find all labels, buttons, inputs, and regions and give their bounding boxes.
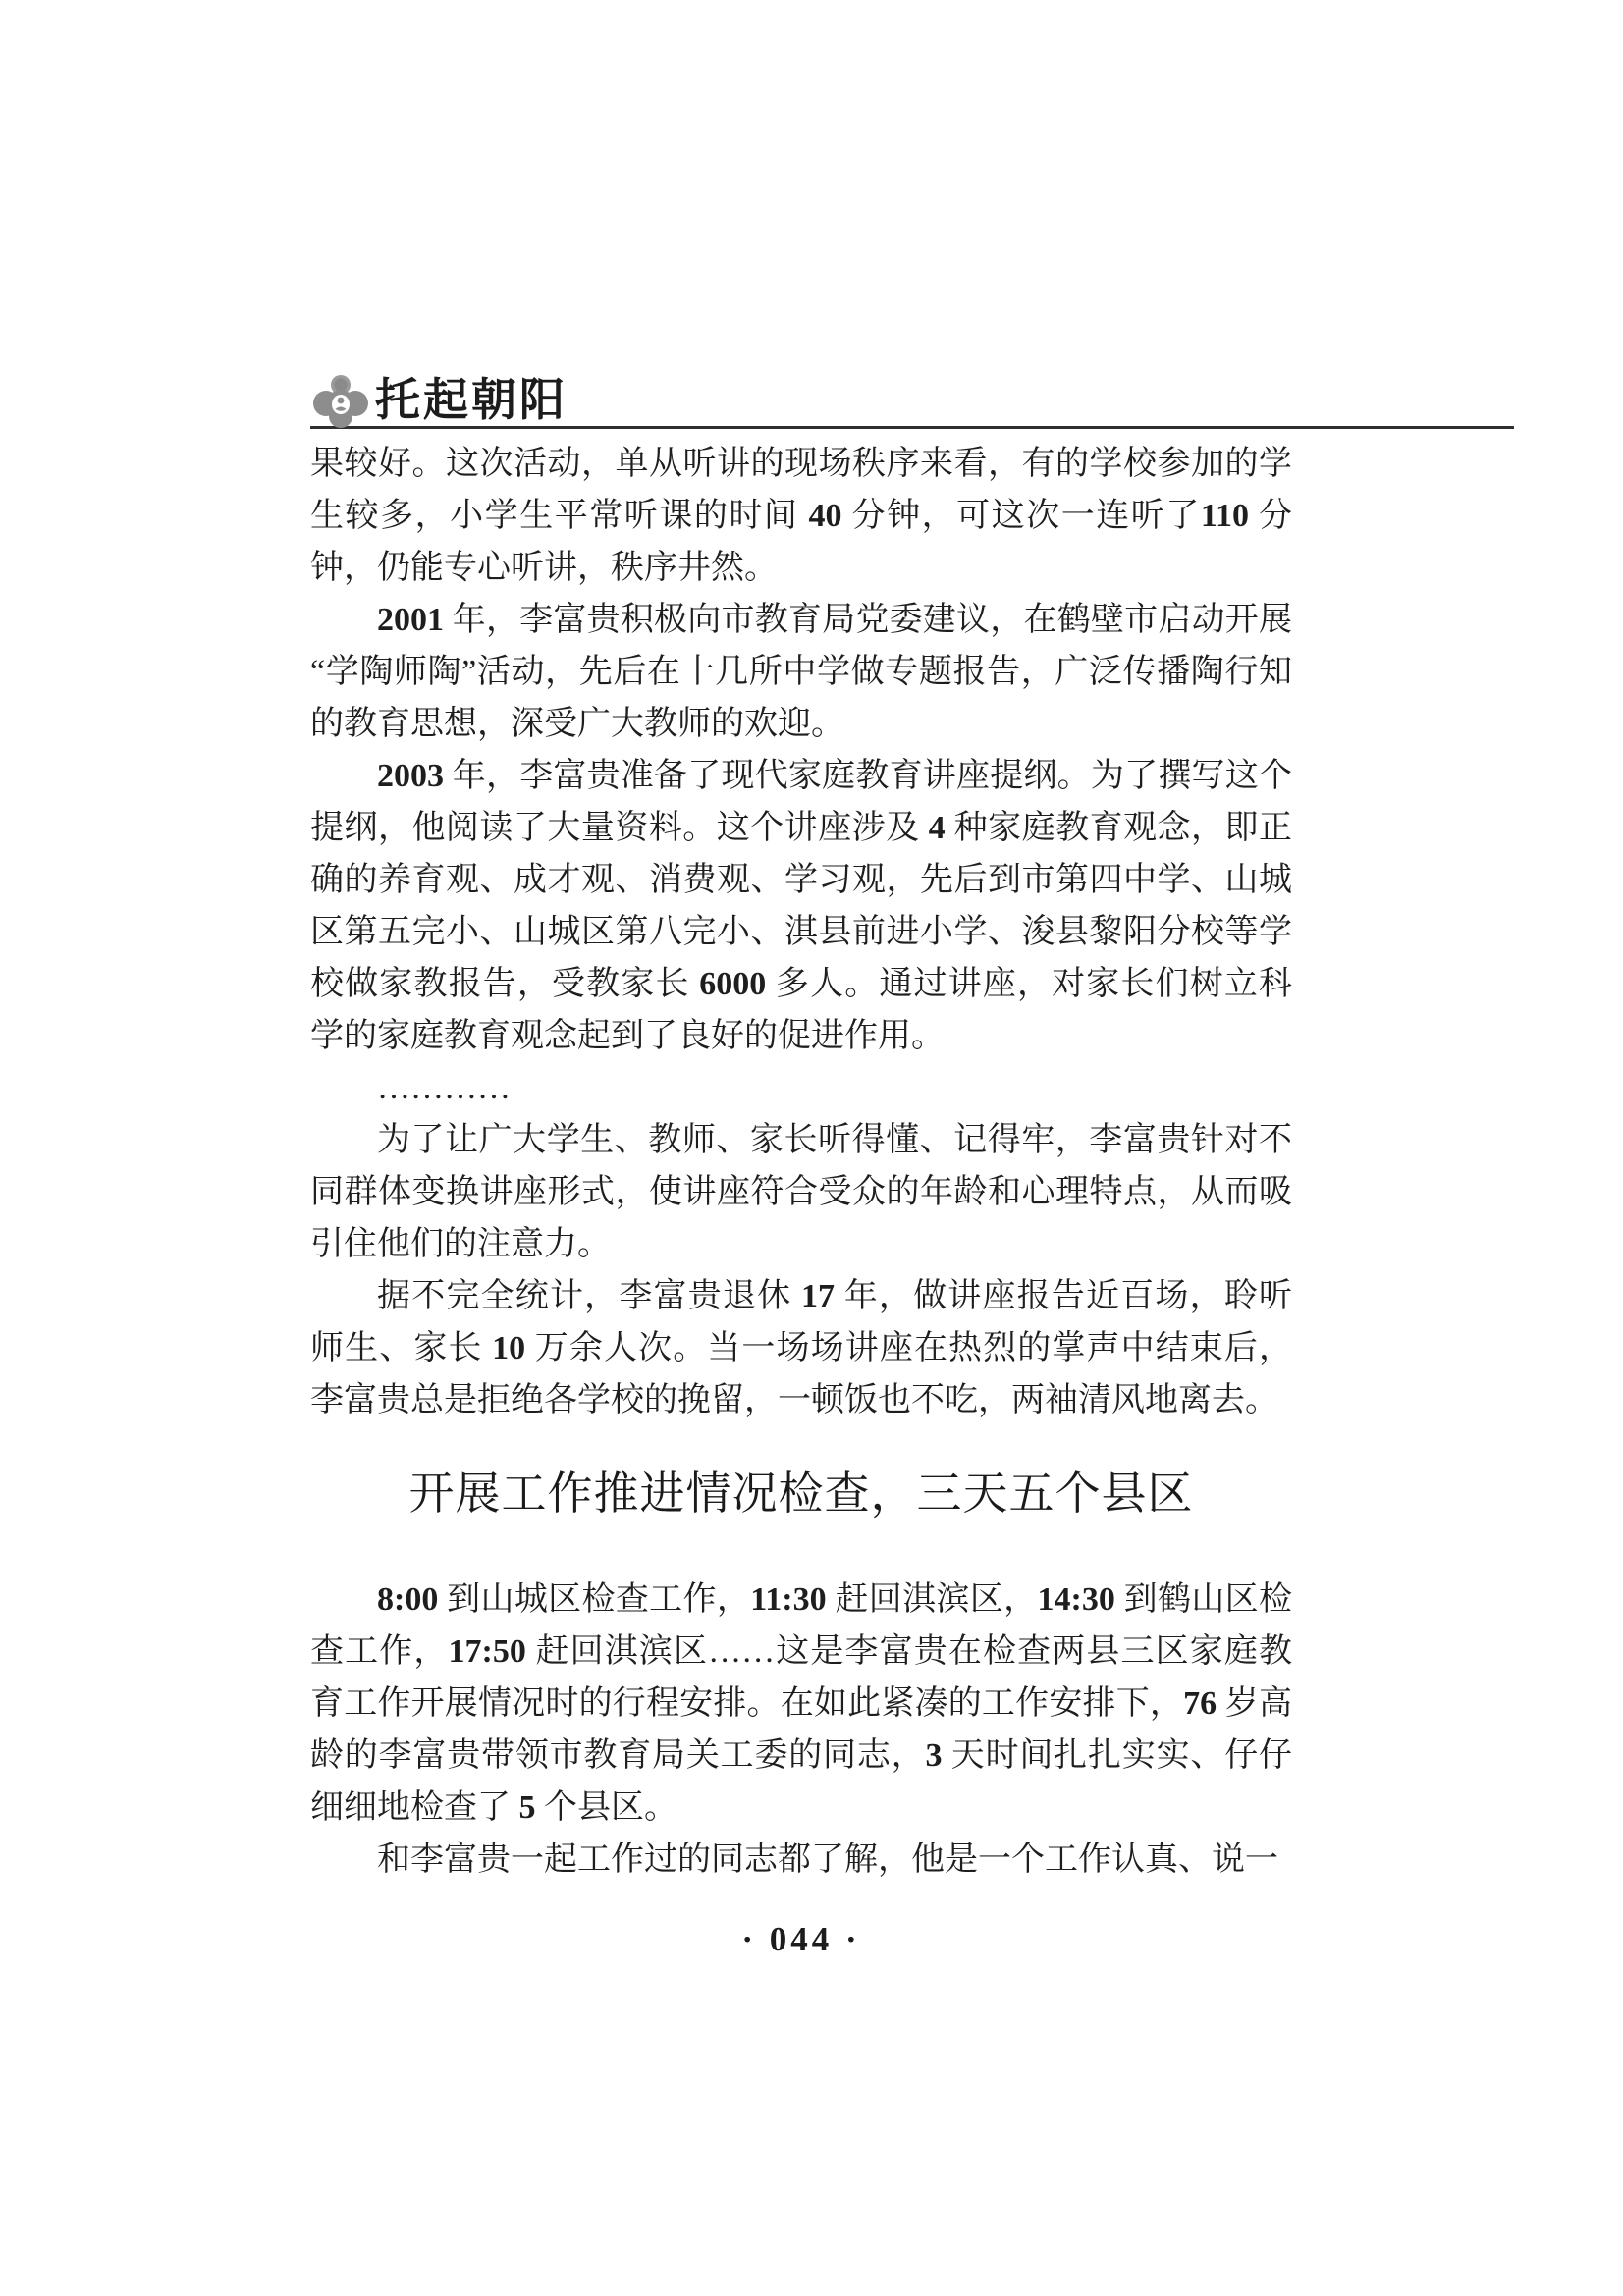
text-run: 为了让广大学生、教师、家长听得懂、记得牢，李富贵针对不同群体变换讲座形式，使讲座… [310, 1122, 1292, 1262]
book-page: 托起朝阳 果较好。这次活动，单从听讲的现场秩序来看，有的学校参加的学生较多，小学… [0, 0, 1623, 2296]
header-title: 托起朝阳 [371, 378, 568, 426]
paragraph: 2001 年，李富贵积极向市教育局党委建议，在鹤壁市启动开展“学陶师陶”活动，先… [310, 594, 1292, 750]
page-header: 托起朝阳 [310, 371, 1514, 429]
numeral: 4 [929, 810, 946, 846]
numeral: 40 [809, 498, 842, 534]
text-run: 年，李富贵积极向市教育局党委建议，在鹤壁市启动开展“学陶师陶”活动，先后在十几所… [310, 602, 1292, 742]
numeral: 17:50 [449, 1633, 526, 1670]
numeral: 110 [1201, 498, 1249, 534]
numeral: 8:00 [377, 1581, 438, 1618]
paragraphs-after-heading: 8:00 到山城区检查工作，11:30 赶回淇滨区，14:30 到鹤山区检查工作… [310, 1574, 1292, 1886]
paragraph: 8:00 到山城区检查工作，11:30 赶回淇滨区，14:30 到鹤山区检查工作… [310, 1574, 1292, 1834]
section-heading: 开展工作推进情况检查，三天五个县区 [310, 1464, 1292, 1524]
numeral: 17 [801, 1278, 835, 1314]
numeral: 11:30 [750, 1581, 826, 1618]
paragraph: 为了让广大学生、教师、家长听得懂、记得牢，李富贵针对不同群体变换讲座形式，使讲座… [310, 1114, 1292, 1270]
numeral: 2001 [377, 602, 444, 638]
page-body: 果较好。这次活动，单从听讲的现场秩序来看，有的学校参加的学生较多，小学生平常听课… [310, 438, 1292, 1886]
paragraph: 2003 年，李富贵准备了现代家庭教育讲座提纲。为了撰写这个提纲，他阅读了大量资… [310, 750, 1292, 1062]
numeral: 5 [519, 1789, 536, 1826]
text-run: 据不完全统计，李富贵退休 [377, 1278, 801, 1314]
numeral: 6000 [699, 966, 766, 1002]
numeral: 14:30 [1038, 1581, 1115, 1618]
paragraph: 和李富贵一起工作过的同志都了解，他是一个工作认真、说一 [310, 1834, 1292, 1886]
text-run: 到山城区检查工作， [438, 1581, 750, 1618]
text-run: 和李富贵一起工作过的同志都了解，他是一个工作认真、说一 [377, 1842, 1278, 1878]
numeral: 3 [925, 1737, 942, 1774]
paragraphs-before-heading: 果较好。这次活动，单从听讲的现场秩序来看，有的学校参加的学生较多，小学生平常听课… [310, 438, 1292, 1426]
paragraph: ………… [310, 1062, 1292, 1114]
text-run: 赶回淇滨区， [827, 1581, 1038, 1618]
text-run: 分钟，可这次一连听了 [842, 498, 1201, 534]
numeral: 76 [1183, 1685, 1217, 1722]
text-run: ………… [377, 1070, 511, 1106]
page-number: · 044 · [310, 1920, 1292, 1959]
page-footer: · 044 · [310, 1920, 1292, 1959]
child-holding-sun-logo-icon [310, 372, 371, 431]
paragraph: 据不完全统计，李富贵退休 17 年，做讲座报告近百场，聆听师生、家长 10 万余… [310, 1270, 1292, 1426]
numeral: 2003 [377, 758, 444, 794]
numeral: 10 [492, 1330, 525, 1366]
text-run: 个县区。 [536, 1789, 678, 1826]
paragraph: 果较好。这次活动，单从听讲的现场秩序来看，有的学校参加的学生较多，小学生平常听课… [310, 438, 1292, 594]
